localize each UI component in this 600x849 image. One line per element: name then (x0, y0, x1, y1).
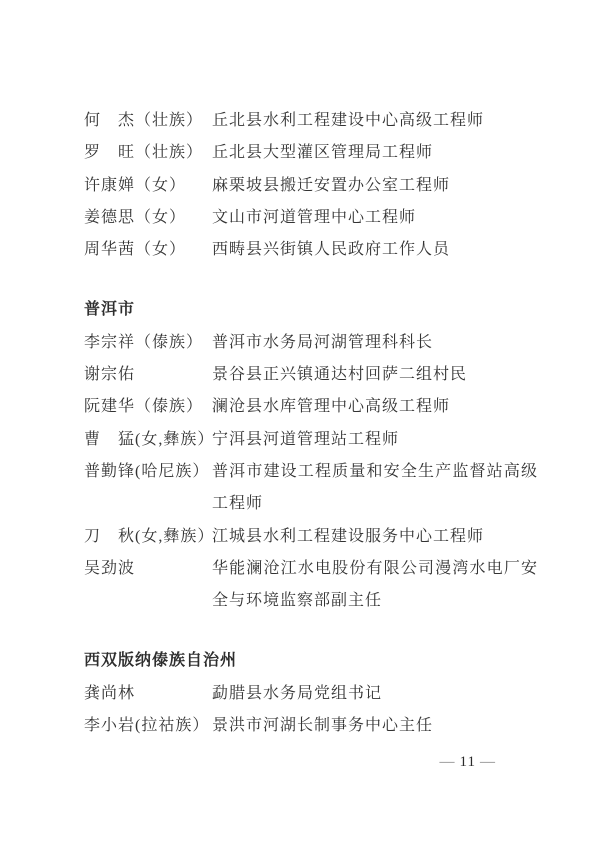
entry-row: 谢宗佑 景谷县正兴镇通达村回萨二组村民 (84, 359, 538, 391)
entry-row: 刀 秋(女,彝族） 江城县水利工程建设服务中心工程师 (84, 521, 538, 553)
person-name: 罗 旺（壮族） (84, 137, 212, 169)
section-xishuangbanna: 西双版纳傣族自治州 龚尚林 勐腊县水务局党组书记 李小岩(拉祜族） 景洪市河湖长… (84, 645, 538, 742)
person-title: 丘北县水利工程建设中心高级工程师 (212, 105, 538, 137)
section-wenshan-continued: 何 杰（壮族） 丘北县水利工程建设中心高级工程师 罗 旺（壮族） 丘北县大型灌区… (84, 105, 538, 266)
entry-row: 罗 旺（壮族） 丘北县大型灌区管理局工程师 (84, 137, 538, 169)
person-title: 普洱市水务局河湖管理科科长 (212, 327, 538, 359)
person-title: 普洱市建设工程质量和安全生产监督站高级工程师 (212, 456, 538, 521)
person-title: 澜沧县水库管理中心高级工程师 (212, 391, 538, 423)
person-name: 许康婵（女） (84, 170, 212, 202)
person-name: 姜德思（女） (84, 202, 212, 234)
person-title: 文山市河道管理中心工程师 (212, 202, 538, 234)
person-title: 景谷县正兴镇通达村回萨二组村民 (212, 359, 538, 391)
entry-row: 许康婵（女） 麻栗坡县搬迁安置办公室工程师 (84, 170, 538, 202)
person-name: 李宗祥（傣族） (84, 327, 212, 359)
entry-row: 曹 猛(女,彝族） 宁洱县河道管理站工程师 (84, 424, 538, 456)
section-header-puer: 普洱市 (84, 294, 538, 326)
entry-row: 阮建华（傣族） 澜沧县水库管理中心高级工程师 (84, 391, 538, 423)
page-number-dash-right: — (476, 754, 500, 770)
section-puer: 普洱市 李宗祥（傣族） 普洱市水务局河湖管理科科长 谢宗佑 景谷县正兴镇通达村回… (84, 294, 538, 617)
person-name: 龚尚林 (84, 678, 212, 710)
person-name: 阮建华（傣族） (84, 391, 212, 423)
entry-row: 李小岩(拉祜族） 景洪市河湖长制事务中心主任 (84, 710, 538, 742)
person-title: 勐腊县水务局党组书记 (212, 678, 538, 710)
person-title: 西畴县兴街镇人民政府工作人员 (212, 234, 538, 266)
document-page: 何 杰（壮族） 丘北县水利工程建设中心高级工程师 罗 旺（壮族） 丘北县大型灌区… (0, 0, 600, 849)
entry-row: 姜德思（女） 文山市河道管理中心工程师 (84, 202, 538, 234)
section-header-xishuangbanna: 西双版纳傣族自治州 (84, 645, 538, 677)
person-name: 刀 秋(女,彝族） (84, 521, 212, 553)
person-name: 李小岩(拉祜族） (84, 710, 212, 742)
entry-row: 吴劲波 华能澜沧江水电股份有限公司漫湾水电厂安全与环境监察部副主任 (84, 553, 538, 618)
person-name: 谢宗佑 (84, 359, 212, 391)
person-title: 丘北县大型灌区管理局工程师 (212, 137, 538, 169)
person-title: 景洪市河湖长制事务中心主任 (212, 710, 538, 742)
entry-row: 普勤锋(哈尼族） 普洱市建设工程质量和安全生产监督站高级工程师 (84, 456, 538, 521)
person-title: 华能澜沧江水电股份有限公司漫湾水电厂安全与环境监察部副主任 (212, 553, 538, 618)
person-title: 宁洱县河道管理站工程师 (212, 424, 538, 456)
entry-row: 李宗祥（傣族） 普洱市水务局河湖管理科科长 (84, 327, 538, 359)
entry-row: 周华茜（女） 西畴县兴街镇人民政府工作人员 (84, 234, 538, 266)
person-name: 曹 猛(女,彝族） (84, 424, 212, 456)
person-title: 江城县水利工程建设服务中心工程师 (212, 521, 538, 553)
entry-row: 龚尚林 勐腊县水务局党组书记 (84, 678, 538, 710)
page-number: —11— (0, 752, 500, 772)
person-name: 周华茜（女） (84, 234, 212, 266)
document-content: 何 杰（壮族） 丘北县水利工程建设中心高级工程师 罗 旺（壮族） 丘北县大型灌区… (84, 105, 538, 742)
person-name: 吴劲波 (84, 553, 212, 585)
person-name: 普勤锋(哈尼族） (84, 456, 212, 488)
entry-row: 何 杰（壮族） 丘北县水利工程建设中心高级工程师 (84, 105, 538, 137)
person-title: 麻栗坡县搬迁安置办公室工程师 (212, 170, 538, 202)
page-number-value: 11 (460, 754, 476, 770)
person-name: 何 杰（壮族） (84, 105, 212, 137)
page-number-dash-left: — (436, 754, 460, 770)
